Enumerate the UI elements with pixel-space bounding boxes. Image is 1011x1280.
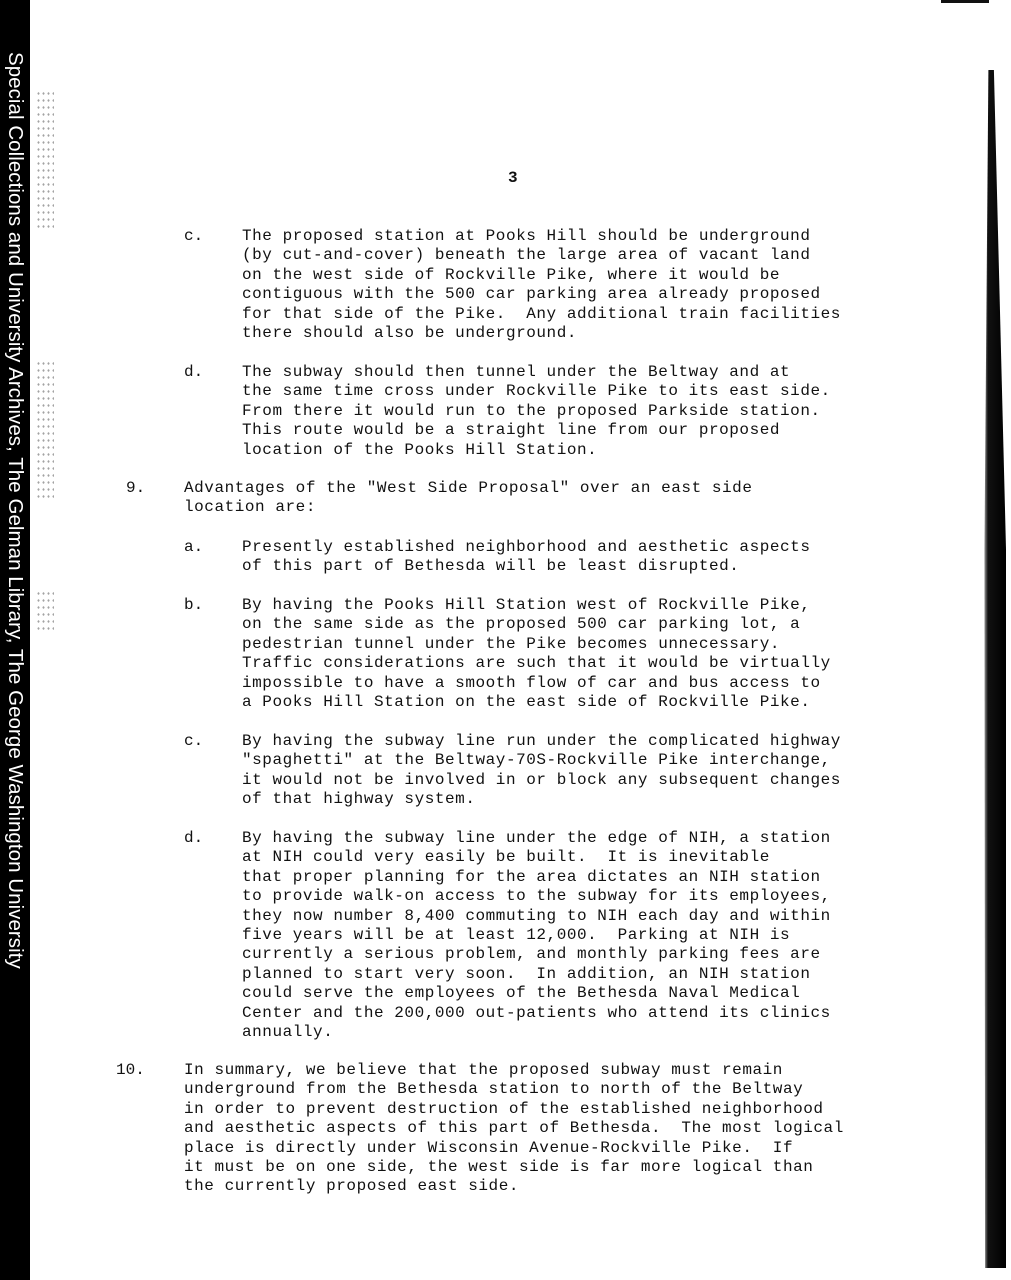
scan-edge-mark [941, 0, 989, 3]
text-line: The proposed station at Pooks Hill shoul… [242, 227, 811, 246]
text-line: This route would be a straight line from… [242, 421, 780, 440]
scan-binding-edge [984, 70, 1006, 1268]
text-line: Center and the 200,000 out-patients who … [242, 1004, 831, 1023]
list-marker: c. [184, 732, 203, 751]
text-line: location of the Pooks Hill Station. [242, 441, 597, 460]
text-line: planned to start very soon. In addition,… [242, 965, 811, 984]
text-line: place is directly under Wisconsin Avenue… [184, 1139, 793, 1158]
text-line: From there it would run to the proposed … [242, 402, 821, 421]
text-line: of that highway system. [242, 790, 476, 809]
text-line: By having the subway line run under the … [242, 732, 841, 751]
archive-watermark-text: Special Collections and University Archi… [3, 52, 27, 969]
list-marker: a. [184, 538, 203, 557]
archive-watermark-strip: Special Collections and University Archi… [0, 0, 30, 1280]
text-line: "spaghetti" at the Beltway-70S-Rockville… [242, 751, 831, 770]
text-line: that proper planning for the area dictat… [242, 868, 821, 887]
text-line: Presently established neighborhood and a… [242, 538, 811, 557]
list-marker: d. [184, 829, 203, 848]
list-marker: 10. [116, 1061, 145, 1080]
text-line: By having the subway line under the edge… [242, 829, 831, 848]
text-line: five years will be at least 12,000. Park… [242, 926, 790, 945]
text-line: (by cut-and-cover) beneath the large are… [242, 246, 811, 265]
text-line: there should also be underground. [242, 324, 577, 343]
text-line: By having the Pooks Hill Station west of… [242, 596, 811, 615]
text-line: on the same side as the proposed 500 car… [242, 615, 800, 634]
text-line: on the west side of Rockville Pike, wher… [242, 266, 780, 285]
list-marker: d. [184, 363, 203, 382]
text-line: to provide walk-on access to the subway … [242, 887, 831, 906]
text-line: In summary, we believe that the proposed… [184, 1061, 783, 1080]
text-line: could serve the employees of the Bethesd… [242, 984, 800, 1003]
text-line: impossible to have a smooth flow of car … [242, 674, 821, 693]
scan-speckle [36, 590, 54, 630]
text-line: The subway should then tunnel under the … [242, 363, 790, 382]
list-marker: 9. [126, 479, 145, 498]
text-line: at NIH could very easily be built. It is… [242, 848, 770, 867]
text-line: currently a serious problem, and monthly… [242, 945, 821, 964]
text-line: it would not be involved in or block any… [242, 771, 841, 790]
scan-speckle [36, 360, 54, 500]
text-line: Advantages of the "West Side Proposal" o… [184, 479, 753, 498]
scan-speckle [36, 90, 54, 230]
list-marker: b. [184, 596, 203, 615]
text-line: the same time cross under Rockville Pike… [242, 382, 831, 401]
text-line: pedestrian tunnel under the Pike becomes… [242, 635, 780, 654]
text-line: Traffic considerations are such that it … [242, 654, 831, 673]
text-line: the currently proposed east side. [184, 1177, 519, 1196]
page-number: 3 [508, 169, 518, 187]
list-marker: c. [184, 227, 203, 246]
text-line: for that side of the Pike. Any additiona… [242, 305, 841, 324]
text-line: in order to prevent destruction of the e… [184, 1100, 824, 1119]
text-line: annually. [242, 1023, 333, 1042]
text-line: they now number 8,400 commuting to NIH e… [242, 907, 831, 926]
text-line: and aesthetic aspects of this part of Be… [184, 1119, 844, 1138]
text-line: location are: [184, 498, 316, 517]
text-line: contiguous with the 500 car parking area… [242, 285, 821, 304]
text-line: it must be on one side, the west side is… [184, 1158, 813, 1177]
text-line: a Pooks Hill Station on the east side of… [242, 693, 811, 712]
text-line: of this part of Bethesda will be least d… [242, 557, 739, 576]
text-line: underground from the Bethesda station to… [184, 1080, 803, 1099]
